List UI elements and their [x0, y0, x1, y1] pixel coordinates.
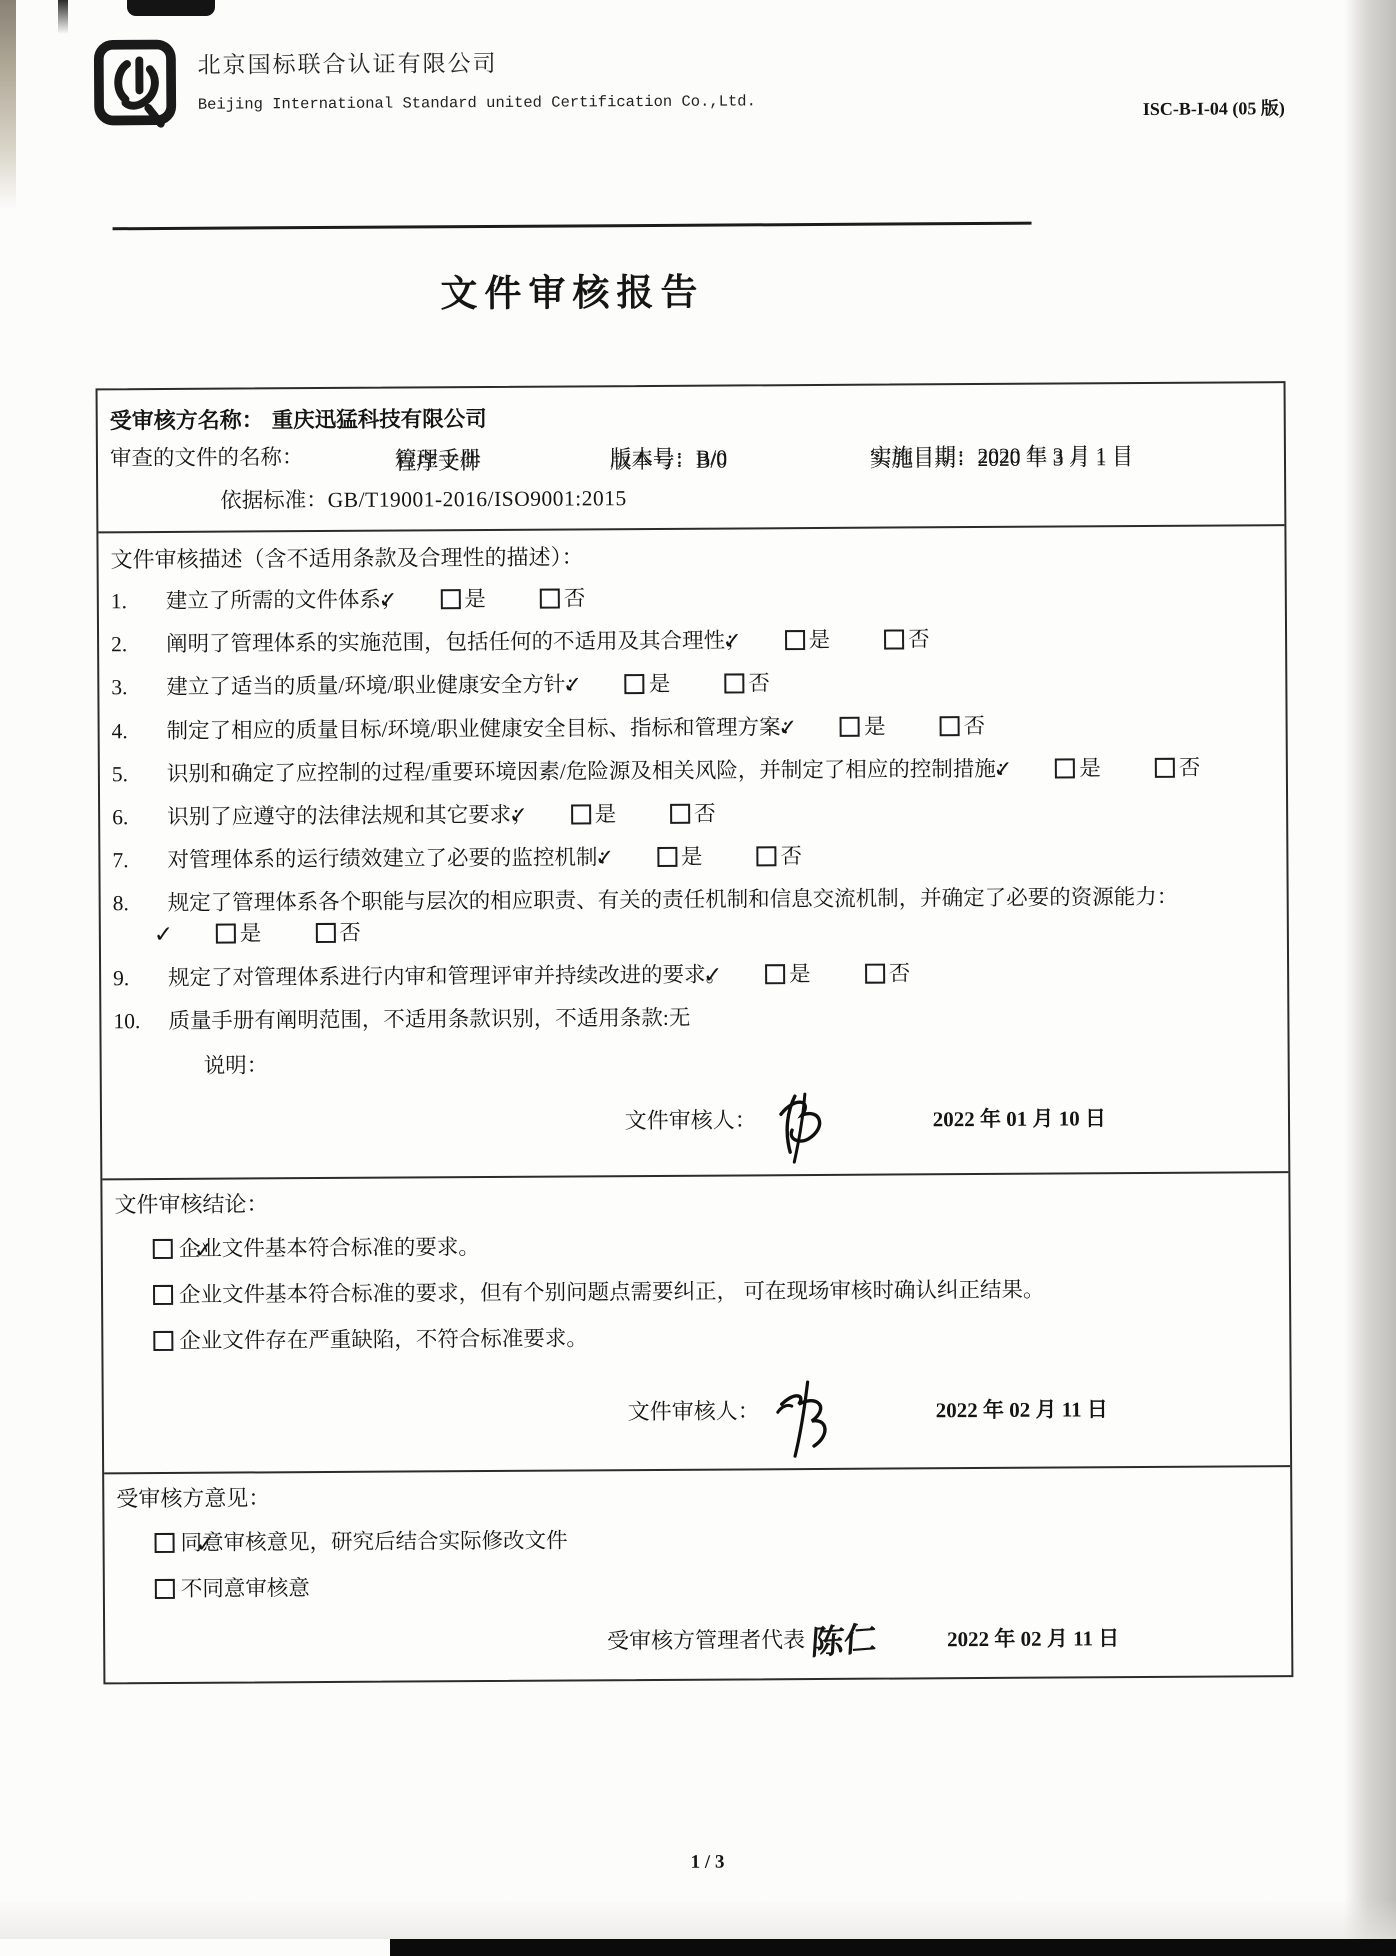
- checklist-item: 7.对管理体系的运行绩效建立了必要的监控机制：✓是否: [112, 838, 1274, 876]
- checklist: 1.建立了所需的文件体系；✓是否 2.阐明了管理体系的实施范围，包括任何的不适用…: [111, 579, 1276, 1037]
- checklist-item: 6.识别了应遵守的法律法规和其它要求；✓是否: [112, 795, 1274, 833]
- description-heading: 文件审核描述（含不适用条款及合理性的描述）：: [110, 536, 1272, 574]
- scanned-document-page: 北京国标联合认证有限公司 Beijing International Stand…: [0, 0, 1396, 1956]
- conclusion-option: 企业文件存在严重缺陷，不符合标准要求。: [115, 1319, 1277, 1358]
- opinion-heading: 受审核方意见：: [116, 1475, 1278, 1513]
- yes-checkbox[interactable]: ✓: [440, 589, 460, 609]
- checklist-item: 5.识别和确定了应控制的过程/重要环境因素/危险源及相关风险，并制定了相应的控制…: [112, 752, 1274, 790]
- item-number: 10.: [113, 1006, 168, 1038]
- conclusion-options: ✓企业文件基本符合标准的要求。 企业文件基本符合标准的要求，但有个别问题点需要纠…: [115, 1226, 1278, 1358]
- header-divider: [113, 222, 1032, 231]
- no-checkbox[interactable]: [884, 630, 904, 650]
- option-text: 企业文件基本符合标准的要求，但有个别问题点需要纠正， 可在现场审核时确认纠正结果…: [179, 1278, 1045, 1307]
- item-number: 2.: [111, 629, 166, 661]
- conclusion-option: ✓企业文件基本符合标准的要求。: [115, 1226, 1277, 1265]
- yes-option: ✓是: [785, 628, 831, 652]
- option-text: 不同意审核意: [181, 1576, 310, 1601]
- yes-option: ✓是: [571, 802, 617, 826]
- yes-checkbox[interactable]: ✓: [765, 964, 785, 984]
- yes-option: ✓是: [625, 672, 671, 696]
- item-text: 规定了管理体系各个职能与层次的相应职责、有关的责任机制和信息交流机制，并确定了必…: [168, 885, 1179, 915]
- yes-checkbox[interactable]: ✓: [216, 924, 236, 944]
- opinion-options: ✓同意审核意见，研究后结合实际修改文件 不同意审核意: [116, 1520, 1278, 1606]
- yes-option: ✓是: [440, 587, 486, 611]
- no-checkbox[interactable]: [670, 804, 690, 824]
- doc-name-label: 审查的文件的名称：: [110, 440, 395, 473]
- conclusion-heading: 文件审核结论：: [114, 1181, 1276, 1219]
- option-checkbox[interactable]: [153, 1331, 173, 1351]
- no-option: 否: [724, 672, 770, 696]
- option-checkbox[interactable]: ✓: [153, 1239, 173, 1259]
- no-option: 否: [315, 921, 361, 945]
- item-text: 识别了应遵守的法律法规和其它要求；: [167, 803, 533, 829]
- no-option: 否: [540, 586, 586, 610]
- checklist-item: 10.质量手册有阐明范围，不适用条款识别，不适用条款:无是否: [113, 999, 1275, 1037]
- no-option: 否: [1155, 755, 1201, 779]
- opinion-option: ✓同意审核意见，研究后结合实际修改文件: [116, 1520, 1278, 1559]
- item-text: 建立了适当的质量/环境/职业健康安全方针：: [166, 673, 587, 700]
- item-number: 1.: [111, 586, 166, 618]
- handwritten-signature-1: [761, 1088, 865, 1167]
- section-auditee-opinion: 受审核方意见： ✓同意审核意见，研究后结合实际修改文件 不同意审核意 受审核方管…: [104, 1465, 1291, 1683]
- opinion-option: 不同意审核意: [117, 1566, 1279, 1605]
- handwritten-signature-2: [763, 1375, 868, 1460]
- option-text: 同意审核意见，研究后结合实际修改文件: [181, 1528, 568, 1554]
- no-checkbox[interactable]: [724, 674, 744, 694]
- option-checkbox[interactable]: ✓: [155, 1533, 175, 1553]
- conclusion-option: 企业文件基本符合标准的要求，但有个别问题点需要纠正， 可在现场审核时确认纠正结果…: [115, 1272, 1277, 1311]
- yes-checkbox[interactable]: ✓: [571, 804, 591, 824]
- auditee-label: 受审核方名称：: [110, 403, 264, 435]
- yes-checkbox[interactable]: ✓: [1055, 758, 1075, 778]
- sign-date-1: 2022 年 01 月 10 日: [933, 1102, 1106, 1133]
- yes-checkbox[interactable]: ✓: [625, 674, 645, 694]
- auditor-signature-row-2: 文件审核人： 2022 年 02 月 11 日: [116, 1366, 1108, 1456]
- document-name: 程序文件: [395, 444, 610, 476]
- yes-checkbox[interactable]: ✓: [840, 716, 860, 736]
- no-checkbox[interactable]: [865, 963, 885, 983]
- representative-label: 受审核方管理者代表: [607, 1623, 805, 1655]
- item-text: 识别和确定了应控制的过程/重要环境因素/危险源及相关风险，并制定了相应的控制措施…: [167, 756, 1018, 785]
- no-checkbox[interactable]: [315, 923, 335, 943]
- item-text: 阐明了管理体系的实施范围，包括任何的不适用及其合理性；: [166, 629, 747, 657]
- checklist-item: 9.规定了对管理体系进行内审和管理评审并持续改进的要求。✓是否: [113, 956, 1275, 994]
- option-text: 企业文件存在严重缺陷，不符合标准要求。: [179, 1327, 588, 1353]
- no-option: 否: [940, 713, 986, 737]
- item-number: 9.: [113, 963, 168, 995]
- yes-option: ✓是: [840, 714, 886, 738]
- item-number: 7.: [112, 845, 167, 877]
- yes-checkbox[interactable]: ✓: [785, 630, 805, 650]
- audit-report-table: 受审核方名称： 重庆迅猛科技有限公司 审查的文件的名称： 管理手册 版本号：B/…: [96, 381, 1294, 1684]
- note-label: 说明：: [204, 1042, 1276, 1080]
- sign-date-3: 2022 年 02 月 11 日: [947, 1622, 1119, 1653]
- auditor-label: 文件审核人：: [628, 1394, 760, 1426]
- standard-label: 依据标准：: [220, 483, 328, 515]
- item-text: 规定了对管理体系进行内审和管理评审并持续改进的要求。: [168, 962, 727, 989]
- section-audit-conclusion: 文件审核结论： ✓企业文件基本符合标准的要求。 企业文件基本符合标准的要求，但有…: [102, 1171, 1290, 1472]
- document-header: 北京国标联合认证有限公司 Beijing International Stand…: [93, 32, 1285, 131]
- no-option: 否: [884, 627, 930, 651]
- item-number: 8.: [113, 888, 168, 920]
- yes-checkbox[interactable]: ✓: [657, 847, 677, 867]
- checklist-item: 4.制定了相应的质量目标/环境/职业健康安全目标、指标和管理方案：✓是否: [112, 709, 1274, 747]
- company-logo-icon: [93, 39, 182, 132]
- company-name-cn: 北京国标联合认证有限公司: [197, 43, 755, 79]
- company-name-en: Beijing International Standard united Ce…: [198, 92, 756, 113]
- checklist-item: 3.建立了适当的质量/环境/职业健康安全方针：✓是否: [111, 666, 1273, 704]
- yes-option: ✓是: [765, 962, 811, 986]
- option-checkbox[interactable]: [153, 1285, 173, 1305]
- auditor-signature-row-1: 文件审核人： 2022 年 01 月 10 日: [114, 1078, 1106, 1162]
- auditee-name: 重庆迅猛科技有限公司: [272, 402, 487, 434]
- no-checkbox[interactable]: [756, 846, 776, 866]
- no-checkbox[interactable]: [1155, 757, 1175, 777]
- representative-signature-row: 受审核方管理者代表 陈仁 2022 年 02 月 11 日: [117, 1613, 1119, 1666]
- no-option: 否: [865, 961, 911, 985]
- item-number: 5.: [112, 759, 167, 791]
- item-number: 4.: [112, 715, 167, 747]
- form-number: ISC-B-I-04 (05 版): [1142, 32, 1285, 121]
- item-text: 对管理体系的运行绩效建立了必要的监控机制：: [167, 845, 619, 872]
- yes-option: ✓是: [216, 922, 262, 946]
- sign-date-2: 2022 年 02 月 11 日: [936, 1393, 1108, 1424]
- section-basic-info: 受审核方名称： 重庆迅猛科技有限公司 审查的文件的名称： 管理手册 版本号：B/…: [98, 383, 1285, 531]
- option-checkbox[interactable]: [155, 1579, 175, 1599]
- auditor-label: 文件审核人：: [625, 1104, 757, 1136]
- checklist-item: 8.规定了管理体系各个职能与层次的相应职责、有关的责任机制和信息交流机制，并确定…: [113, 881, 1275, 950]
- option-text: 企业文件基本符合标准的要求。: [179, 1235, 480, 1261]
- checklist-item: 1.建立了所需的文件体系；✓是否: [111, 579, 1273, 617]
- section-audit-description: 文件审核描述（含不适用条款及合理性的描述）： 1.建立了所需的文件体系；✓是否 …: [98, 524, 1288, 1178]
- handwritten-signature-3: 陈仁: [810, 1612, 879, 1664]
- item-number: 3.: [111, 672, 166, 704]
- yes-option: ✓是: [657, 845, 703, 869]
- checklist-item: 2.阐明了管理体系的实施范围，包括任何的不适用及其合理性；✓是否: [111, 622, 1273, 660]
- page-title: 文件审核报告: [113, 260, 1032, 320]
- yes-option: ✓是: [1055, 756, 1101, 780]
- item-text: 质量手册有阐明范围，不适用条款识别，不适用条款:无: [168, 1005, 690, 1032]
- no-option: 否: [756, 844, 802, 868]
- standard-value: GB/T19001-2016/ISO9001:2015: [328, 486, 627, 513]
- no-checkbox[interactable]: [940, 716, 960, 736]
- date-cell: 实施日期：2020 年 3 月 1 日: [870, 441, 1134, 474]
- page-number: 1 / 3: [691, 1852, 725, 1873]
- item-text: 制定了相应的质量目标/环境/职业健康安全目标、指标和管理方案：: [167, 715, 803, 743]
- no-checkbox[interactable]: [540, 589, 560, 609]
- no-option: 否: [670, 801, 716, 825]
- item-text: 建立了所需的文件体系；: [166, 588, 403, 613]
- item-number: 6.: [112, 802, 167, 834]
- version-cell: 版本号：B/0: [610, 443, 870, 476]
